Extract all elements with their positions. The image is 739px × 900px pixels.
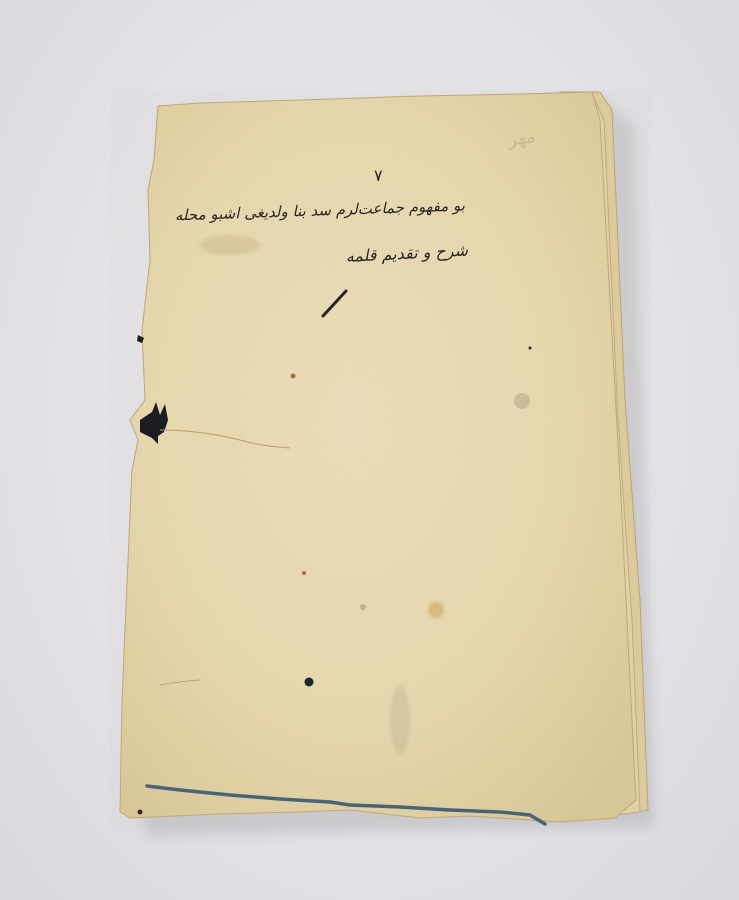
page-marker: ٧: [374, 166, 383, 185]
photograph: مهر ٧ بو مفهوم جماعت‌لرم سد بنا ولديغى ا…: [0, 0, 739, 900]
manuscript-paper: [0, 0, 739, 900]
